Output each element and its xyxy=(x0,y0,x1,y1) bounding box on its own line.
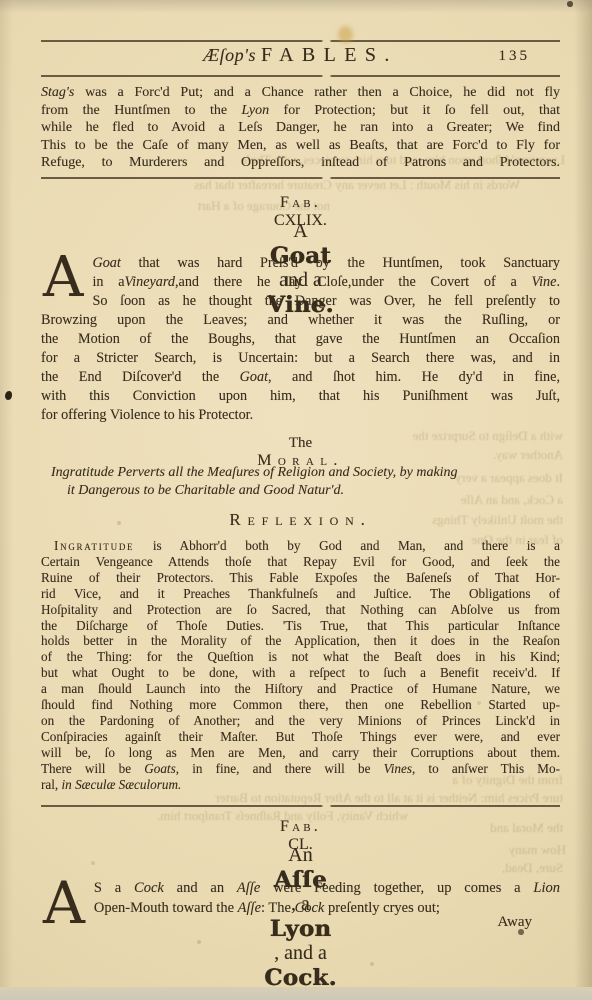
top-rule xyxy=(41,40,560,42)
text-segment: in a xyxy=(92,274,124,290)
text-segment: Lyon xyxy=(242,103,270,118)
text-segment: were Feeding together, up comes a xyxy=(260,880,533,896)
page-number: 135 xyxy=(499,48,531,65)
text-line: So ſoon as he thought the Danger was Ove… xyxy=(92,292,560,311)
drop-cap: A xyxy=(41,254,92,295)
text-segment: , in fine, and there will be xyxy=(176,761,384,776)
intro-paragraph: Stag's was a Forc'd Put; and a Chance ra… xyxy=(41,84,560,172)
text-line: Browzing upon the Leaves; and whether it… xyxy=(41,311,560,330)
text-line: Ruine of their Protectors. This Fable Ex… xyxy=(41,570,560,586)
text-segment: Goat xyxy=(240,369,268,385)
text-line: Hoſpitality and Protection are ſo Sacred… xyxy=(41,602,560,618)
text-line: ſhould find Nothing more Common there, t… xyxy=(41,697,560,713)
text-line: the End Diſcover'd the Goat, and ſhot hi… xyxy=(41,368,560,387)
text-segment: The xyxy=(289,435,312,451)
text-line: of the Thing: for the Queſtion is not wh… xyxy=(41,649,560,665)
text-segment: Fab. xyxy=(280,818,321,835)
page-bottom-edge xyxy=(0,987,592,1000)
text-line: holds better in the Morality of the Appl… xyxy=(41,633,560,649)
text-segment: . xyxy=(556,274,560,290)
text-line: from the Huntſmen to the Lyon for Protec… xyxy=(41,102,560,120)
running-header: Æſop's FABLES. 135 xyxy=(41,44,560,67)
text-segment: , to anſwer This Mo- xyxy=(412,761,560,776)
text-segment: , and ſhot him. He dy'd in fine, xyxy=(268,369,560,385)
text-segment: from the Huntſmen to the xyxy=(41,103,242,118)
text-line: , and a xyxy=(41,942,560,965)
text-line: Fab. xyxy=(41,818,560,836)
text-line: Ingratitude Perverts all the Meaſures of… xyxy=(51,464,560,482)
text-line: A xyxy=(41,220,560,243)
text-segment: the End Diſcover'd the xyxy=(41,369,240,385)
text-line: a man ſhould Launch into the Hiſtory and… xyxy=(41,681,560,697)
text-segment: Fab. xyxy=(280,194,321,211)
text-line: Conſpiracies againſt their Maſter. But T… xyxy=(41,729,560,745)
paper-stain xyxy=(338,26,353,43)
book-page-scan: Lyon turn'd ſhort upon him, and tore him… xyxy=(0,0,592,1000)
header-rule xyxy=(41,75,560,77)
text-line: for offering Violence to his Protector. xyxy=(41,406,560,425)
text-line: Reflexion. xyxy=(41,510,560,530)
text-segment: was a Forc'd Put; and a Chance rather th… xyxy=(74,85,560,100)
text-segment: An xyxy=(288,844,312,866)
reflexion-paragraph: Ingratitude is Abhorr'd both by God and … xyxy=(41,538,560,793)
text-line: the Diſcharge of Thoſe Duties. 'Tis True… xyxy=(41,618,560,634)
text-segment: Vine xyxy=(532,274,557,290)
running-title: FABLES. xyxy=(261,44,398,66)
text-line: for a Stricter Search, is Uncertain: but… xyxy=(41,349,560,368)
ink-blot xyxy=(5,391,12,400)
text-segment: Ingratitude xyxy=(54,538,134,553)
paper-specks xyxy=(0,0,2,2)
text-segment: Stag's xyxy=(41,85,74,100)
running-title-italic: Æſop's xyxy=(203,45,256,65)
text-line: Certain Vengeance Attends thoſe that Rep… xyxy=(41,554,560,570)
text-line: rid Vice, and it Preaches Thankfulneſs a… xyxy=(41,586,560,602)
text-line: while he fled to Avoid a Leſs Danger, he… xyxy=(41,119,560,137)
section-rule xyxy=(41,177,560,179)
text-line: it Dangerous to be Charitable and Good N… xyxy=(51,482,560,500)
bleedthrough-text: Words in his Mouth : Let never any Creat… xyxy=(50,177,520,193)
text-line: will be, ſo long as Men are Men, and car… xyxy=(41,745,560,761)
text-segment: and an xyxy=(164,880,237,896)
text-line: The xyxy=(41,435,560,452)
text-line: An xyxy=(41,844,560,867)
text-line: Stag's was a Forc'd Put; and a Chance ra… xyxy=(41,84,560,102)
text-segment: Vineyard xyxy=(125,274,175,290)
text-line: Goat that was hard Preſs'd by the Huntſm… xyxy=(92,254,560,273)
fable-149-body: A Goat that was hard Preſs'd by the Hunt… xyxy=(41,254,560,425)
text-line: with this Conviction upon him, that his … xyxy=(41,387,560,406)
text-line: Refuge, to Murderers and Oppreſſors, inſ… xyxy=(41,154,560,172)
text-segment: Vines xyxy=(384,761,412,776)
text-segment: A xyxy=(293,220,307,242)
text-segment: Goat xyxy=(92,255,120,271)
text-line: S a Cock and an Aſſe were Feeding togeth… xyxy=(94,878,560,898)
text-line: There will be Goats, in fine, and there … xyxy=(41,761,560,777)
reflexion-heading: Reflexion. xyxy=(41,510,560,530)
text-line: Ingratitude is Abhorr'd both by God and … xyxy=(41,538,560,554)
text-segment: , and a xyxy=(274,942,327,964)
text-line: in aVineyard,and there he lay Cloſe,unde… xyxy=(92,273,560,292)
text-line: the Motion of the Boughs, that gave the … xyxy=(41,330,560,349)
text-segment: Lion xyxy=(533,880,560,896)
text-segment: S a xyxy=(94,880,134,896)
catchword: Away xyxy=(41,914,560,931)
text-line: on the Pardoning of Another; and the ver… xyxy=(41,713,560,729)
text-segment: ,and there he lay Cloſe,under the Covert… xyxy=(175,274,532,290)
text-segment: There will be xyxy=(41,761,144,776)
text-line: This to be the Caſe of many Men, as well… xyxy=(41,137,560,155)
text-segment: ral, xyxy=(41,777,62,792)
text-segment: is Abhorr'd both by God and Man, and the… xyxy=(134,538,560,553)
moral-text: Ingratitude Perverts all the Meaſures of… xyxy=(41,464,560,500)
text-segment: Reflexion. xyxy=(229,510,371,529)
text-line: Fab. xyxy=(41,194,560,212)
text-segment: that was hard Preſs'd by the Huntſmen, t… xyxy=(121,255,560,271)
text-segment: Aſſe xyxy=(237,880,260,896)
text-segment: for Protection; but it ſo fell out, that xyxy=(269,103,560,118)
text-segment: Cock xyxy=(134,880,164,896)
section-rule-2 xyxy=(41,805,560,807)
text-line: but what Ought to be done, with a reſpec… xyxy=(41,665,560,681)
text-segment: in Sæculæ Sæculorum. xyxy=(62,777,182,792)
text-segment: Goats xyxy=(144,761,176,776)
text-line: ral, in Sæculæ Sæculorum. xyxy=(41,777,560,793)
